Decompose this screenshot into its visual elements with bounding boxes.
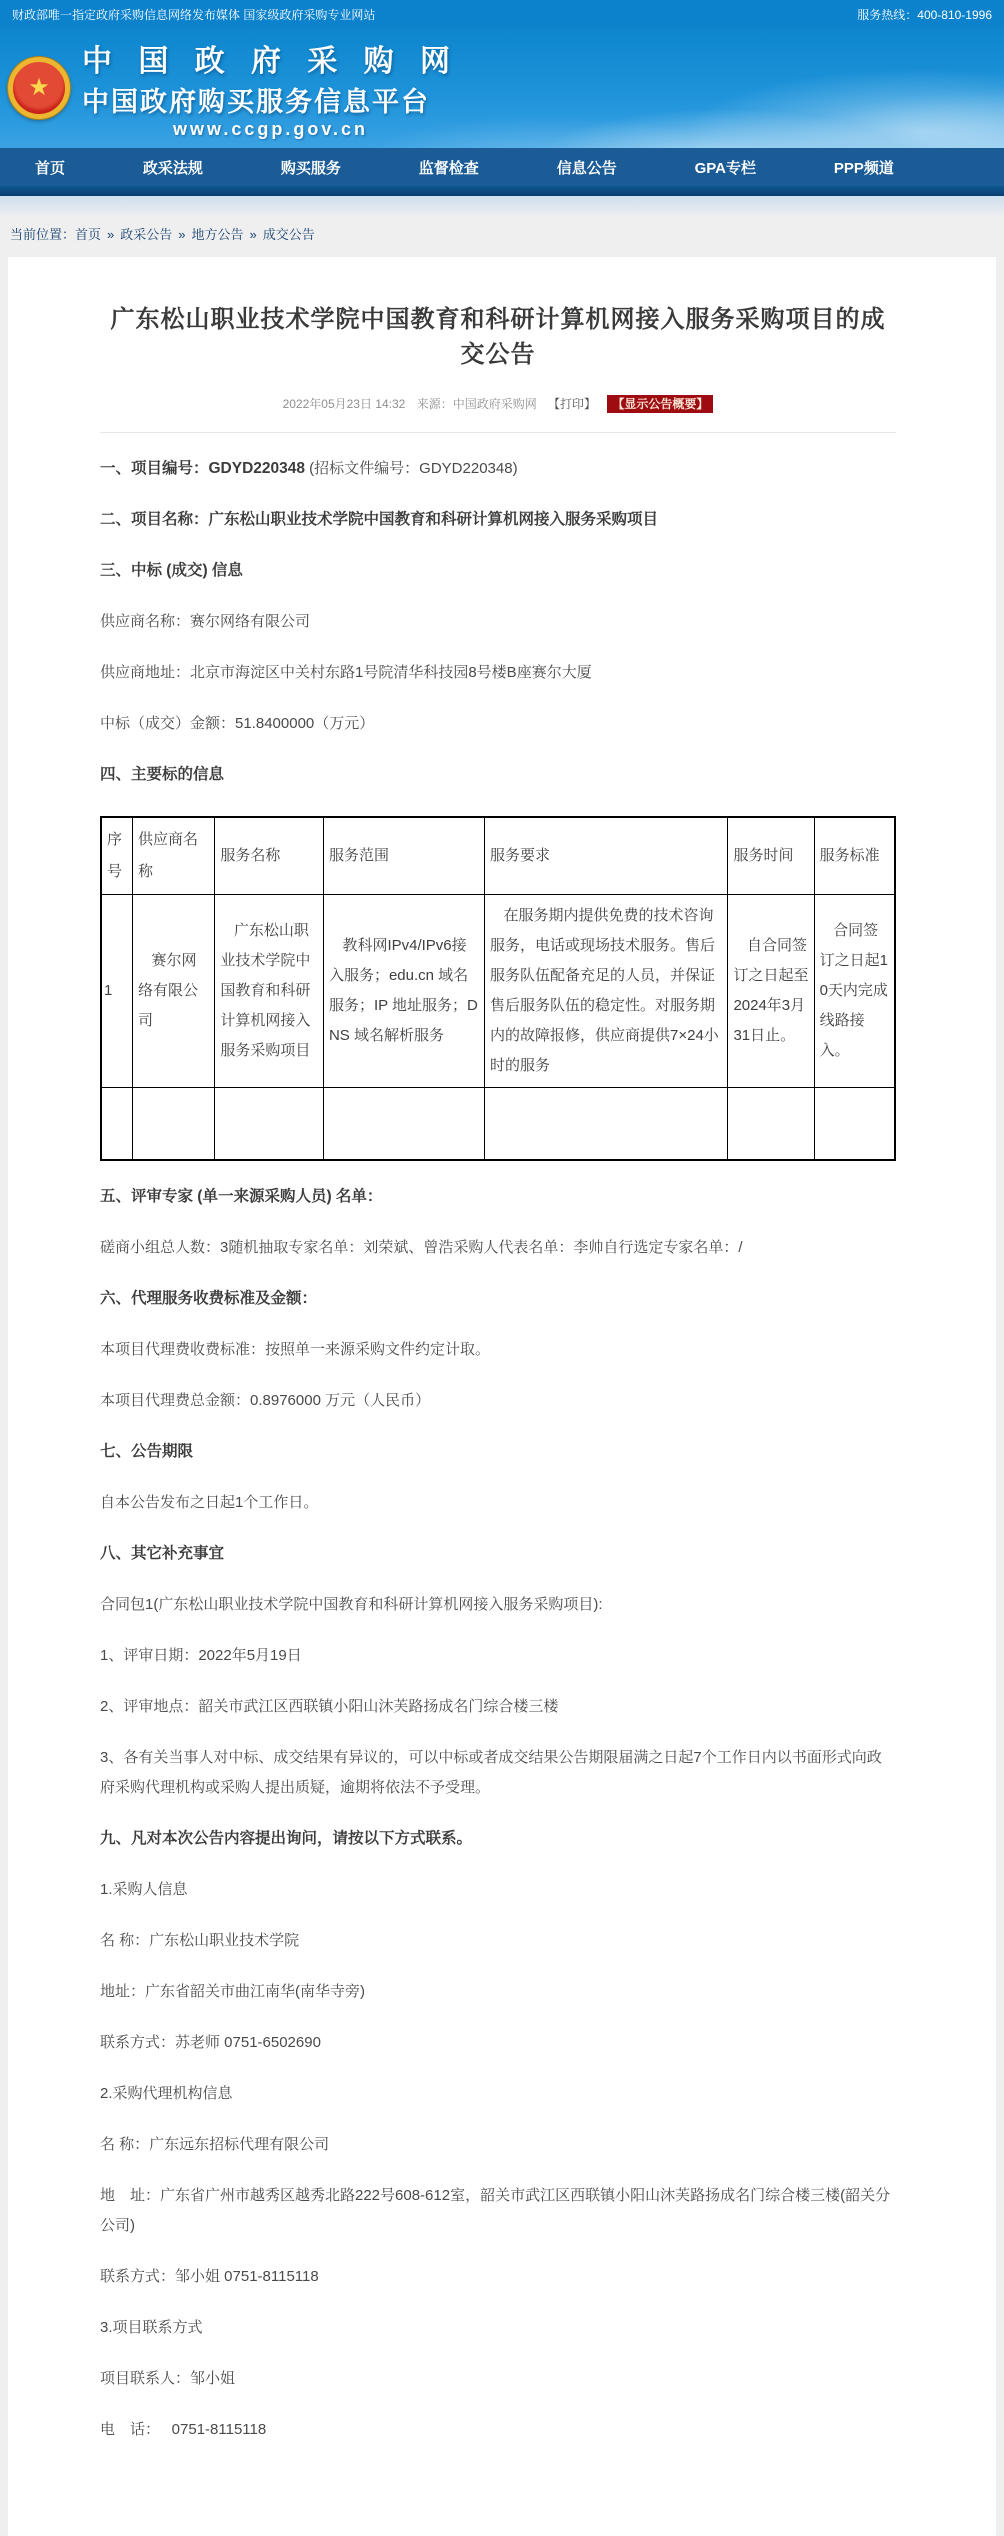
paragraph: 1、评审日期：2022年5月19日	[100, 1641, 896, 1671]
paragraph-heading: 一、项目编号：GDYD220348	[100, 460, 305, 477]
table-header-cell: 服务时间	[728, 817, 814, 895]
paragraph: 一、项目编号：GDYD220348 (招标文件编号：GDYD220348)	[100, 454, 896, 484]
paragraph-text: (招标文件编号：GDYD220348)	[305, 460, 518, 477]
breadcrumb-label: 当前位置：	[10, 227, 75, 242]
paragraph-heading: 三、中标 (成交) 信息	[100, 562, 243, 579]
paragraph-text: 项目联系人：邹小姐	[100, 2370, 235, 2387]
table-cell	[215, 1088, 324, 1160]
nav-item-3[interactable]: 购买服务	[281, 157, 341, 178]
table-cell	[485, 1088, 728, 1160]
table-cell	[728, 1088, 814, 1160]
breadcrumb-separator: »	[107, 227, 114, 242]
nav-item-7[interactable]: PPP频道	[834, 157, 894, 178]
paragraph: 3、各有关当事人对中标、成交结果有异议的，可以中标或者成交结果公告期限届满之日起…	[100, 1743, 896, 1803]
paragraph-heading: 四、主要标的信息	[100, 766, 224, 783]
table-cell: 在服务期内提供免费的技术咨询服务，电话或现场技术服务。售后服务队伍配备充足的人员…	[485, 895, 728, 1088]
paragraph: 供应商名称：赛尔网络有限公司	[100, 607, 896, 637]
paragraph: 名 称：广东远东招标代理有限公司	[100, 2130, 896, 2160]
breadcrumb-item-3[interactable]: 地方公告	[192, 227, 244, 242]
show-summary-button[interactable]: 【显示公告概要】	[607, 395, 713, 413]
paragraph-text: 本项目代理费收费标准：按照单一来源采购文件约定计取。	[100, 1341, 490, 1358]
paragraph: 地 址：广东省广州市越秀区越秀北路222号608-612室，韶关市武江区西联镇小…	[100, 2181, 896, 2241]
nav-item-6[interactable]: GPA专栏	[695, 157, 756, 178]
paragraph-text: 联系方式：邹小姐 0751-8115118	[100, 2268, 319, 2285]
top-utility-bar: 财政部唯一指定政府采购信息网络发布媒体 国家级政府采购专业网站 服务热线：400…	[0, 0, 1004, 28]
paragraph-text: 名 称：广东松山职业技术学院	[100, 1932, 299, 1949]
paragraph-text: 地址：广东省韶关市曲江南华(南华寺旁)	[100, 1983, 365, 2000]
paragraph: 1.采购人信息	[100, 1875, 896, 1905]
paragraph: 二、项目名称：广东松山职业技术学院中国教育和科研计算机网接入服务采购项目	[100, 505, 896, 535]
paragraph-text: 2、评审地点：韶关市武江区西联镇小阳山沐芙路扬成名门综合楼三楼	[100, 1698, 558, 1715]
table-header-cell: 服务名称	[215, 817, 324, 895]
article-meta: 2022年05月23日 14:32 来源：中国政府采购网 【打印】 【显示公告概…	[100, 395, 896, 412]
paragraph-text: 磋商小组总人数：3随机抽取专家名单：刘荣斌、曾浩采购人代表名单：李帅自行选定专家…	[100, 1239, 743, 1256]
article-source: 来源：中国政府采购网	[417, 397, 537, 411]
site-header: ★ 中 国 政 府 采 购 网 中国政府购买服务信息平台 www.ccgp.go…	[0, 28, 1004, 148]
paragraph: 八、其它补充事宜	[100, 1539, 896, 1569]
national-emblem-icon: ★	[8, 57, 70, 119]
paragraph: 本项目代理费总金额：0.8976000 万元（人民币）	[100, 1386, 896, 1416]
paragraph-text: 供应商地址：北京市海淀区中关村东路1号院清华科技园8号楼B座赛尔大厦	[100, 664, 592, 681]
paragraph-heading: 五、评审专家 (单一来源采购人员) 名单：	[100, 1188, 382, 1205]
table-cell	[814, 1088, 895, 1160]
main-nav: 首页政采法规购买服务监督检查信息公告GPA专栏PPP频道	[0, 148, 1004, 186]
article-body: 一、项目编号：GDYD220348 (招标文件编号：GDYD220348)二、项…	[100, 454, 896, 2445]
table-cell: 广东松山职业技术学院中国教育和科研计算机网接入服务采购项目	[215, 895, 324, 1088]
paragraph: 项目联系人：邹小姐	[100, 2364, 896, 2394]
nav-item-5[interactable]: 信息公告	[557, 157, 617, 178]
paragraph: 2.采购代理机构信息	[100, 2079, 896, 2109]
paragraph-text: 2.采购代理机构信息	[100, 2085, 233, 2102]
breadcrumb-item-2[interactable]: 政采公告	[120, 227, 172, 242]
site-subtitle: 中国政府购买服务信息平台	[82, 80, 459, 119]
paragraph: 2、评审地点：韶关市武江区西联镇小阳山沐芙路扬成名门综合楼三楼	[100, 1692, 896, 1722]
paragraph: 中标（成交）金额：51.8400000（万元）	[100, 709, 896, 739]
paragraph: 供应商地址：北京市海淀区中关村东路1号院清华科技园8号楼B座赛尔大厦	[100, 658, 896, 688]
paragraph: 三、中标 (成交) 信息	[100, 556, 896, 586]
paragraph: 四、主要标的信息	[100, 760, 896, 790]
paragraph: 电 话： 0751-8115118	[100, 2415, 896, 2445]
table-header-cell: 服务范围	[323, 817, 484, 895]
paragraph-heading: 九、凡对本次公告内容提出询问，请按以下方式联系。	[100, 1830, 472, 1847]
table-cell	[132, 1088, 214, 1160]
breadcrumb-item-4: 成交公告	[263, 227, 315, 242]
table-cell: 1	[101, 895, 132, 1088]
paragraph: 六、代理服务收费标准及金额：	[100, 1284, 896, 1314]
paragraph-heading: 七、公告期限	[100, 1443, 193, 1460]
site-name: 中 国 政 府 采 购 网	[82, 36, 459, 80]
table-header-cell: 服务要求	[485, 817, 728, 895]
paragraph-text: 电 话： 0751-8115118	[100, 2421, 266, 2438]
table-cell: 合同签订之日起10天内完成线路接入。	[814, 895, 895, 1088]
paragraph: 名 称：广东松山职业技术学院	[100, 1926, 896, 1956]
table-row	[101, 1088, 895, 1160]
print-button[interactable]: 【打印】	[548, 397, 596, 411]
paragraph-text: 本项目代理费总金额：0.8976000 万元（人民币）	[100, 1392, 430, 1409]
table-cell: 自合同签订之日起至2024年3月31日止。	[728, 895, 814, 1088]
title-divider	[100, 432, 896, 433]
page-title: 广东松山职业技术学院中国教育和科研计算机网接入服务采购项目的成交公告	[110, 299, 886, 369]
topbar-hotline: 服务热线：400-810-1996	[857, 6, 992, 23]
nav-bottom-strip	[0, 186, 1004, 196]
paragraph: 合同包1(广东松山职业技术学院中国教育和科研计算机网接入服务采购项目):	[100, 1590, 896, 1620]
paragraph: 地址：广东省韶关市曲江南华(南华寺旁)	[100, 1977, 896, 2007]
site-brand: 中 国 政 府 采 购 网 中国政府购买服务信息平台 www.ccgp.gov.…	[82, 36, 459, 140]
paragraph: 九、凡对本次公告内容提出询问，请按以下方式联系。	[100, 1824, 896, 1854]
paragraph-heading: 六、代理服务收费标准及金额：	[100, 1290, 317, 1307]
nav-fade	[0, 196, 1004, 218]
bid-result-table: 序号供应商名称服务名称服务范围服务要求服务时间服务标准 1赛尔网络有限公司广东松…	[100, 816, 896, 1161]
announcement-card: 广东松山职业技术学院中国教育和科研计算机网接入服务采购项目的成交公告 2022年…	[8, 257, 996, 2536]
paragraph: 本项目代理费收费标准：按照单一来源采购文件约定计取。	[100, 1335, 896, 1365]
paragraph-text: 1.采购人信息	[100, 1881, 188, 1898]
paragraph-text: 合同包1(广东松山职业技术学院中国教育和科研计算机网接入服务采购项目):	[100, 1596, 603, 1613]
publish-datetime: 2022年05月23日 14:32	[283, 397, 406, 411]
paragraph: 3.项目联系方式	[100, 2313, 896, 2343]
table-cell	[323, 1088, 484, 1160]
topbar-slogan: 财政部唯一指定政府采购信息网络发布媒体 国家级政府采购专业网站	[12, 6, 375, 23]
paragraph: 自本公告发布之日起1个工作日。	[100, 1488, 896, 1518]
paragraph-text: 3、各有关当事人对中标、成交结果有异议的，可以中标或者成交结果公告期限届满之日起…	[100, 1749, 882, 1796]
breadcrumb-item-1[interactable]: 首页	[75, 227, 101, 242]
nav-item-2[interactable]: 政采法规	[143, 157, 203, 178]
breadcrumb-separator: »	[250, 227, 257, 242]
paragraph-text: 联系方式：苏老师 0751-6502690	[100, 2034, 321, 2051]
breadcrumb: 当前位置：首页»政采公告»地方公告»成交公告	[0, 218, 1004, 257]
table-cell	[101, 1088, 132, 1160]
paragraph-text: 地 址：广东省广州市越秀区越秀北路222号608-612室，韶关市武江区西联镇小…	[100, 2187, 890, 2234]
paragraph: 磋商小组总人数：3随机抽取专家名单：刘荣斌、曾浩采购人代表名单：李帅自行选定专家…	[100, 1233, 896, 1263]
paragraph-heading: 二、项目名称：广东松山职业技术学院中国教育和科研计算机网接入服务采购项目	[100, 511, 658, 528]
paragraph-text: 自本公告发布之日起1个工作日。	[100, 1494, 318, 1511]
paragraph-text: 中标（成交）金额：51.8400000（万元）	[100, 715, 374, 732]
paragraph-text: 3.项目联系方式	[100, 2319, 203, 2336]
table-cell: 教科网IPv4/IPv6接入服务；edu.cn 域名服务；IP 地址服务；DNS…	[323, 895, 484, 1088]
paragraph-text: 供应商名称：赛尔网络有限公司	[100, 613, 310, 630]
site-url: www.ccgp.gov.cn	[82, 119, 459, 140]
paragraph-text: 1、评审日期：2022年5月19日	[100, 1647, 302, 1664]
table-header-cell: 服务标准	[814, 817, 895, 895]
paragraph-text: 名 称：广东远东招标代理有限公司	[100, 2136, 329, 2153]
nav-item-1[interactable]: 首页	[35, 157, 65, 178]
nav-item-4[interactable]: 监督检查	[419, 157, 479, 178]
paragraph-heading: 八、其它补充事宜	[100, 1545, 224, 1562]
paragraph: 七、公告期限	[100, 1437, 896, 1467]
table-row: 1赛尔网络有限公司广东松山职业技术学院中国教育和科研计算机网接入服务采购项目教科…	[101, 895, 895, 1088]
breadcrumb-separator: »	[178, 227, 185, 242]
table-cell: 赛尔网络有限公司	[132, 895, 214, 1088]
paragraph: 五、评审专家 (单一来源采购人员) 名单：	[100, 1182, 896, 1212]
paragraph: 联系方式：苏老师 0751-6502690	[100, 2028, 896, 2058]
table-header-cell: 供应商名称	[132, 817, 214, 895]
paragraph: 联系方式：邹小姐 0751-8115118	[100, 2262, 896, 2292]
table-header-cell: 序号	[101, 817, 132, 895]
